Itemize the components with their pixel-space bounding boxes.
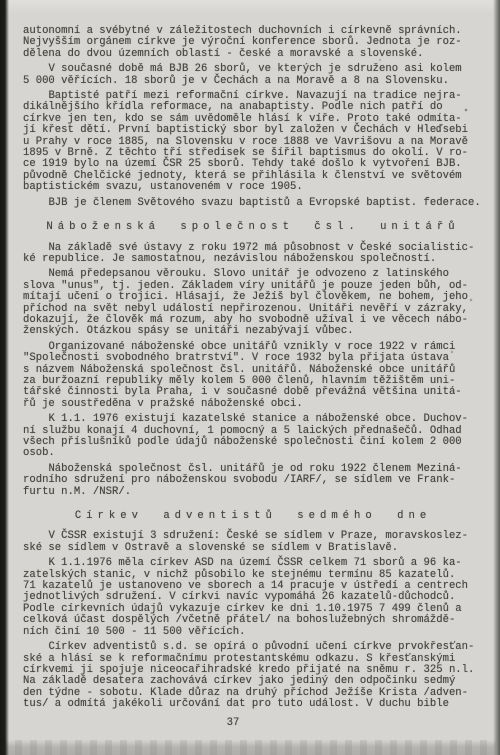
scan-bottom-edge [0, 740, 500, 755]
paragraph-adventists-counts: K 1.1.1976 měla církev ASD na území ČSSR… [23, 558, 483, 638]
paragraph-adventists-associations: V ČSSR existují 3 sdružení: České se síd… [23, 531, 483, 554]
paragraph-unitarians-iarf: Náboženská společnost čsl. unitářů je od… [23, 464, 483, 498]
paragraph-adventists-doctrine: Církev adventistů s.d. se opírá o původn… [23, 642, 483, 710]
paragraph-bjb-counts: V současné době má BJB 26 sborů, ve kter… [23, 64, 483, 87]
paragraph-unitarians-counts: K 1.1. 1976 existují kazatelské stanice … [23, 414, 483, 460]
paragraph-unitarians-beliefs: Nemá předepsanou věrouku. Slovo unitář j… [23, 269, 483, 337]
scan-left-edge [0, 0, 9, 755]
page-number: 37 [3, 718, 463, 729]
paragraph-baptists-history: Baptisté patří mezi reformační církve. N… [23, 91, 483, 194]
paragraph-bjb-continuation: autonomní a svébytné v záležitostech duc… [23, 26, 483, 60]
section-heading-unitarians: Náboženská společnost čsl. unitářů [23, 222, 483, 233]
section-heading-adventists: Církev adventistů sedmého dne [23, 511, 483, 522]
paragraph-bjb-membership: BJB je členem Světového svazu baptistů a… [23, 198, 483, 209]
scan-right-edge [493, 0, 500, 755]
page-body: autonomní a svébytné v záležitostech duc… [0, 0, 500, 755]
paragraph-unitarians-history: Organizované náboženské obce unitářů vzn… [23, 342, 483, 410]
scanned-document-page: autonomní a svébytné v záležitostech duc… [0, 0, 500, 755]
paragraph-unitarians-statute: Na základě své ústavy z roku 1972 má půs… [23, 243, 483, 266]
